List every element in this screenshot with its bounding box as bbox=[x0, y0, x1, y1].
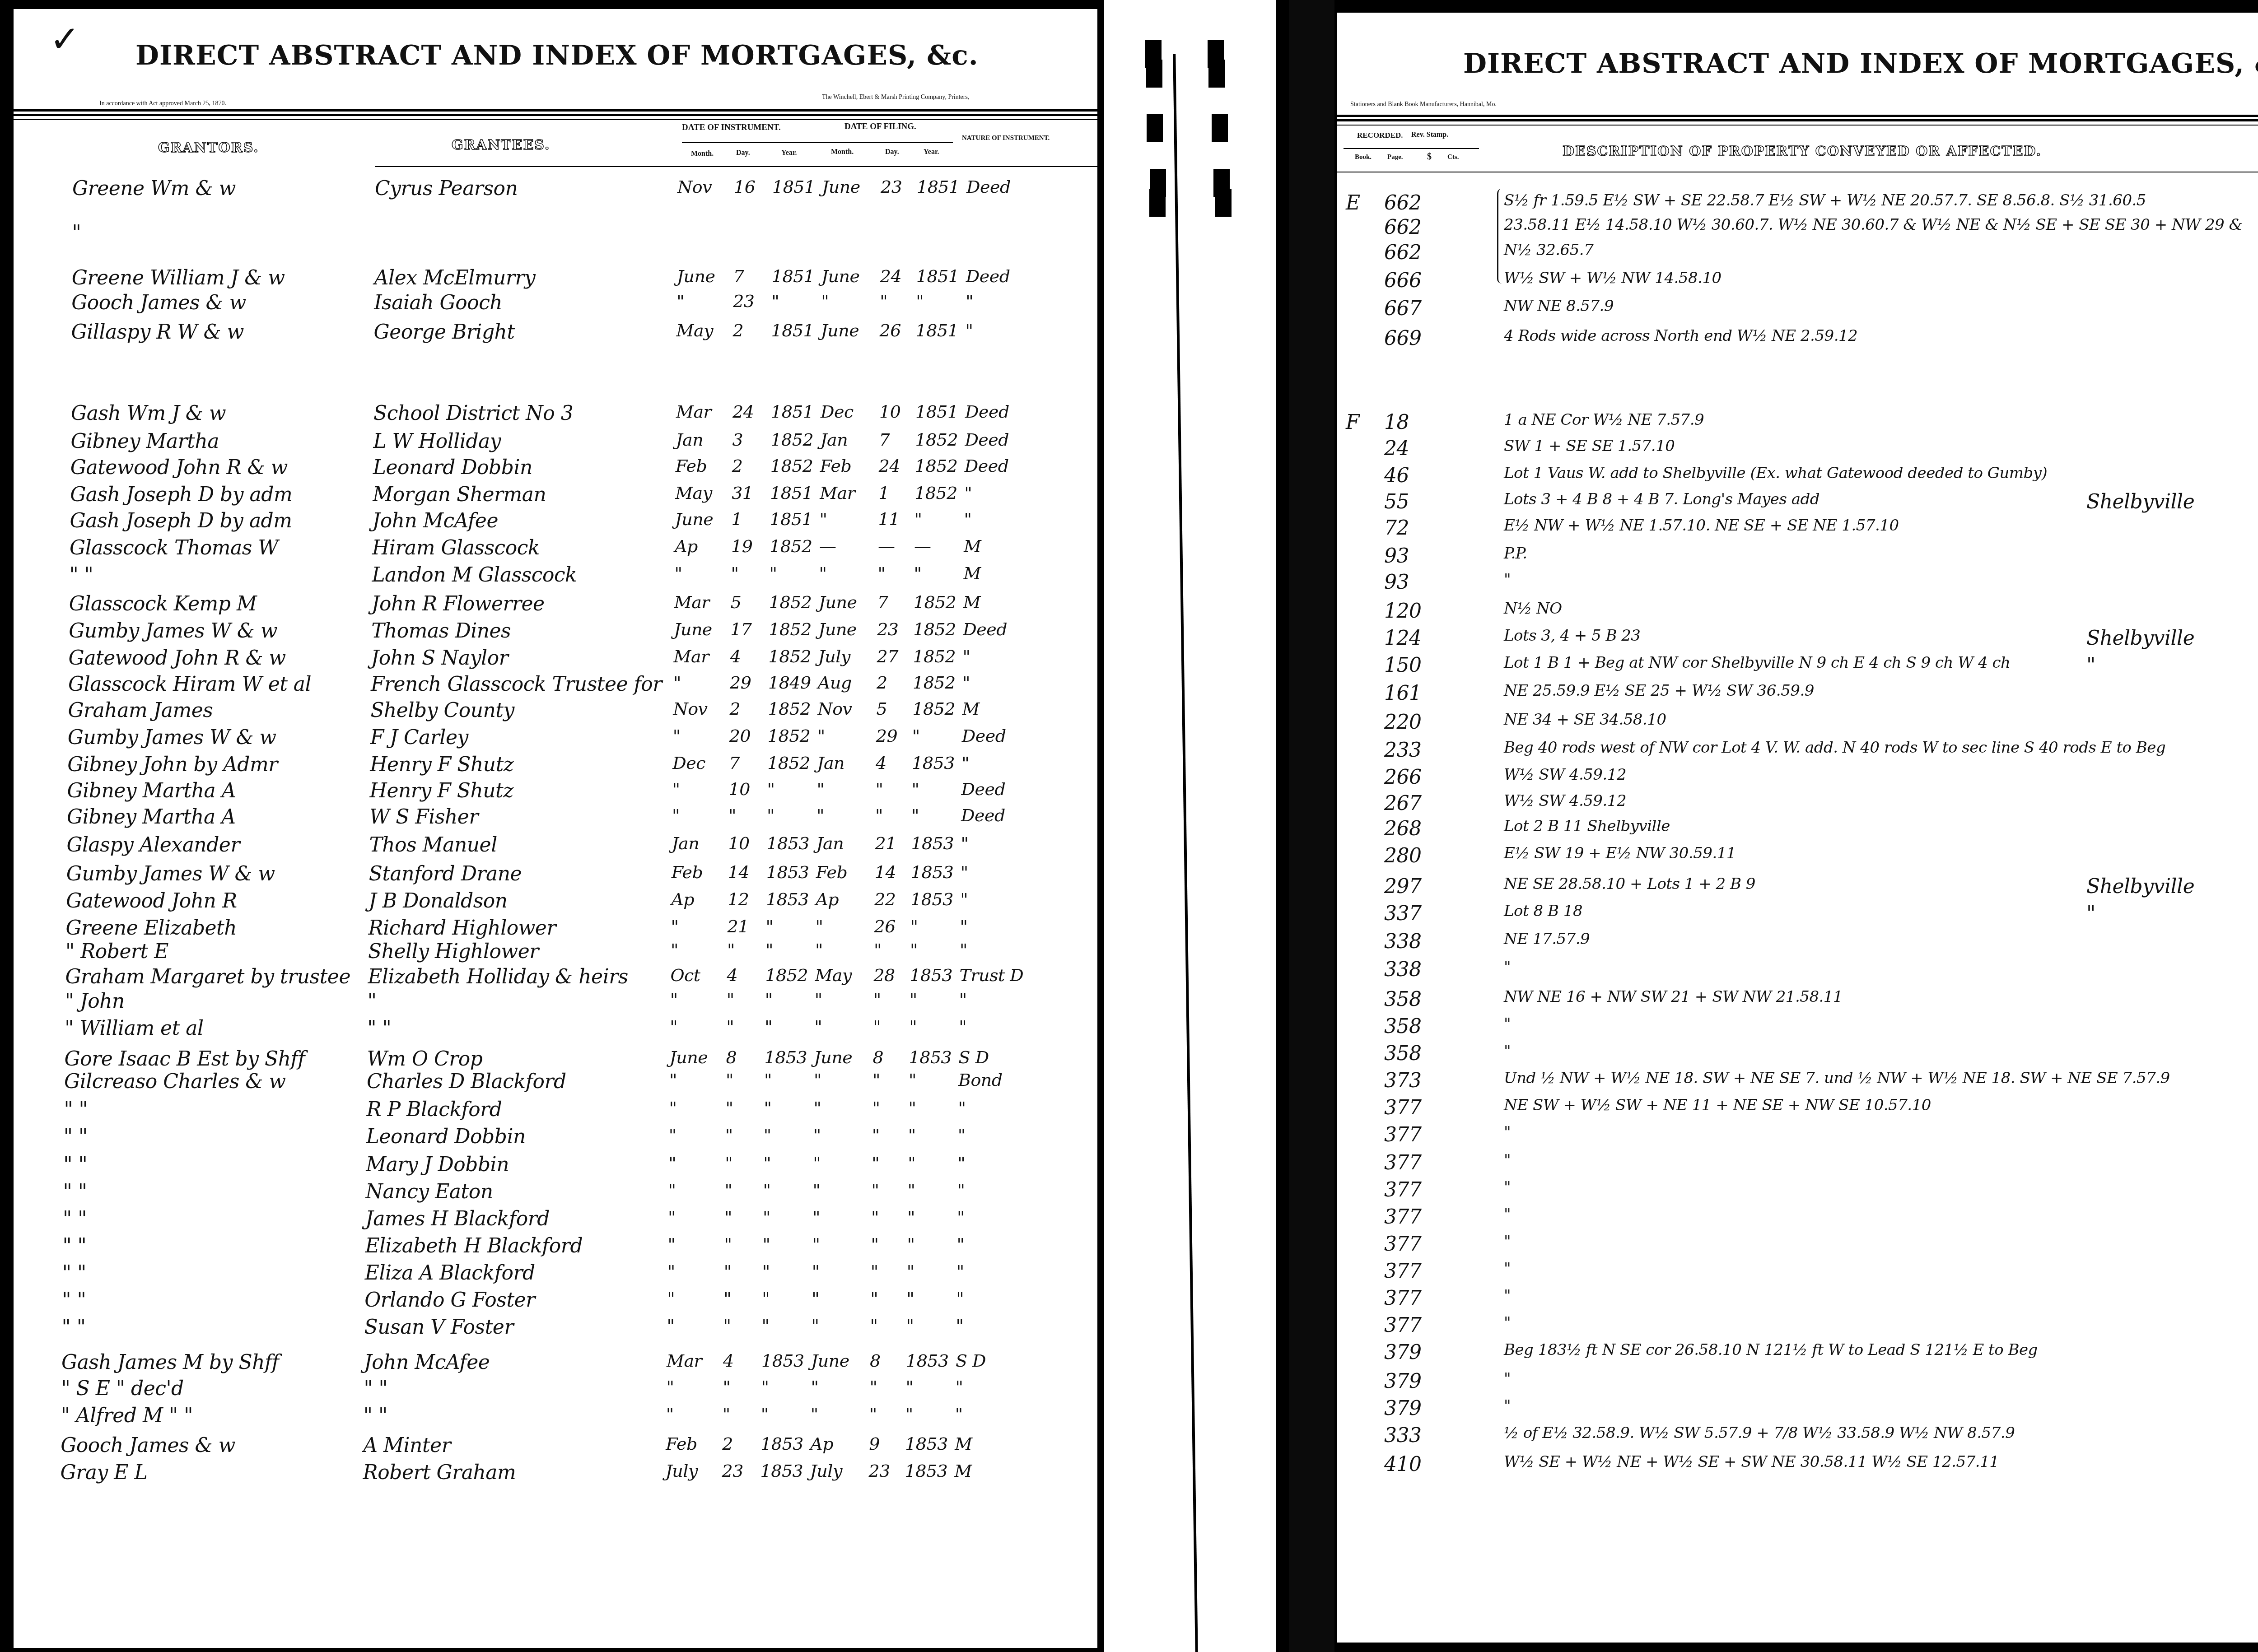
grantor-cell: Gumby James W & w bbox=[66, 862, 275, 885]
inst-month-cell: Feb bbox=[666, 1434, 697, 1454]
file-day-cell: 4 bbox=[876, 753, 886, 773]
description-cell: " bbox=[1504, 1233, 1511, 1251]
inst-year-cell: 1853 bbox=[766, 862, 809, 882]
inst-month-cell: " bbox=[667, 1234, 675, 1254]
page-cell: 379 bbox=[1384, 1370, 1421, 1393]
file-month-cell: " bbox=[821, 291, 829, 311]
grantee-cell: John McAfee bbox=[364, 1351, 490, 1374]
file-year-cell: " bbox=[910, 917, 918, 936]
grantee-cell: George Bright bbox=[374, 321, 515, 344]
file-year-cell: " bbox=[910, 990, 917, 1010]
description-header: DESCRIPTION OF PROPERTY CONVEYED OR AFFE… bbox=[1563, 144, 2042, 159]
page-cell: 373 bbox=[1384, 1069, 1421, 1092]
file-month-cell: Dec bbox=[821, 402, 854, 422]
description-cell: NE SW + W½ SW + NE 11 + NE SE + NW SE 10… bbox=[1504, 1096, 1931, 1114]
inst-day-cell: 1 bbox=[732, 509, 742, 529]
grantee-cell: Richard Highlower bbox=[369, 917, 556, 940]
grantee-cell: John McAfee bbox=[373, 509, 498, 532]
file-month-cell: " bbox=[811, 1377, 818, 1397]
file-day-cell: 23 bbox=[881, 177, 902, 197]
nature-cell: Deed bbox=[965, 430, 1009, 450]
grantee-cell: Mary J Dobbin bbox=[366, 1153, 509, 1176]
inst-year-cell: 1853 bbox=[760, 1461, 803, 1481]
page-cell: 150 bbox=[1384, 654, 1421, 677]
file-month-cell: " bbox=[812, 1289, 819, 1308]
grantor-cell: " William et al bbox=[65, 1017, 203, 1040]
binding-slot bbox=[1208, 60, 1225, 88]
file-day-cell: " bbox=[880, 291, 887, 311]
file-year-cell: " bbox=[910, 940, 918, 960]
description-cell: NE 17.57.9 bbox=[1504, 930, 1590, 948]
inst-day-cell: " bbox=[725, 1125, 733, 1145]
location-note: Shelbyville bbox=[2086, 875, 2194, 898]
file-day-cell: " bbox=[873, 990, 881, 1010]
location-note: Shelbyville bbox=[2086, 490, 2194, 513]
grantor-cell: Gumby James W & w bbox=[69, 619, 277, 642]
nature-cell: S D bbox=[956, 1351, 986, 1371]
inst-day-cell: 2 bbox=[729, 699, 740, 719]
inst-month-cell: " bbox=[668, 1207, 676, 1227]
file-month-cell: " bbox=[814, 1017, 822, 1037]
inst-year-cell: " bbox=[763, 1153, 771, 1173]
inst-year-cell: " bbox=[764, 1070, 772, 1090]
inst-day-cell: 17 bbox=[730, 619, 751, 639]
inst-year-cell: 1853 bbox=[766, 833, 809, 853]
inst-month-cell: Mar bbox=[676, 402, 711, 422]
file-month-cell: " bbox=[815, 990, 822, 1010]
nature-cell: " bbox=[957, 1180, 965, 1200]
description-cell: " bbox=[1504, 1151, 1511, 1169]
page-title: DIRECT ABSTRACT AND INDEX OF MORTGAGES, … bbox=[1463, 48, 2258, 79]
file-day-cell: 11 bbox=[878, 509, 900, 529]
inst-month-cell: July bbox=[666, 1461, 698, 1481]
file-month-cell: Ap bbox=[810, 1434, 833, 1454]
file-year-cell: 1851 bbox=[917, 177, 960, 197]
inst-month-cell: Mar bbox=[674, 592, 709, 612]
inst-year-cell: " bbox=[765, 1017, 772, 1037]
file-year-cell: 1853 bbox=[912, 753, 955, 773]
grantor-cell: " " bbox=[63, 1180, 87, 1203]
file-month-cell: June bbox=[814, 1047, 853, 1067]
header-rule bbox=[1337, 125, 2258, 126]
inst-month-cell: " bbox=[668, 1153, 676, 1173]
grantee-cell: Landon M Glasscock bbox=[372, 563, 577, 586]
page-cell: 338 bbox=[1384, 930, 1421, 953]
inst-month-cell: Ap bbox=[675, 536, 698, 556]
nature-cell: Trust D bbox=[959, 965, 1023, 985]
grantor-cell: Gooch James & w bbox=[71, 291, 246, 314]
description-cell: P.P. bbox=[1504, 544, 1527, 563]
file-month-cell: " bbox=[817, 779, 825, 799]
grantee-cell: Eliza A Blackford bbox=[365, 1261, 535, 1284]
nature-cell: " bbox=[963, 647, 970, 666]
nature-cell: " bbox=[956, 1316, 964, 1336]
inst-year-cell: 1851 bbox=[770, 509, 813, 529]
inst-year-cell: " bbox=[765, 990, 773, 1010]
inst-year-header: Year. bbox=[781, 149, 797, 157]
file-year-cell: " bbox=[916, 291, 924, 311]
file-month-cell: " bbox=[813, 1125, 821, 1145]
file-day-cell: " bbox=[877, 563, 885, 583]
grantees-header: GRANTEES. bbox=[452, 137, 550, 153]
file-month-cell: Jan bbox=[817, 753, 844, 773]
nature-cell: " bbox=[964, 483, 972, 503]
inst-year-cell: " bbox=[763, 1180, 771, 1200]
grantors-header: GRANTORS. bbox=[158, 140, 259, 156]
grantor-cell: " " bbox=[63, 1153, 87, 1176]
file-year-cell: " bbox=[906, 1316, 914, 1336]
inst-year-cell: 1853 bbox=[766, 889, 809, 909]
inst-day-header: Day. bbox=[736, 149, 750, 157]
page-cell: 268 bbox=[1384, 817, 1421, 840]
printer-note: Stationers and Blank Book Manufacturers,… bbox=[1350, 101, 1497, 108]
file-month-cell: " bbox=[812, 1261, 820, 1281]
file-month-cell: Jan bbox=[816, 833, 844, 853]
inst-month-cell: May bbox=[675, 483, 712, 503]
grantor-cell: " Robert E bbox=[65, 940, 168, 963]
file-month-cell: " bbox=[812, 1316, 819, 1336]
inst-day-cell: 7 bbox=[729, 753, 740, 773]
file-day-cell: " bbox=[871, 1207, 879, 1227]
file-month-cell: June bbox=[819, 592, 857, 612]
file-month-cell: Jan bbox=[820, 430, 848, 450]
page-cell: 662 bbox=[1384, 191, 1421, 214]
nature-cell: Deed bbox=[965, 402, 1009, 422]
file-month-cell: " bbox=[813, 1180, 821, 1200]
nature-cell: Deed bbox=[962, 726, 1006, 746]
file-year-cell: 1853 bbox=[905, 1461, 948, 1481]
grantor-cell: " " bbox=[64, 1098, 88, 1121]
grantor-cell: Gash Joseph D by adm bbox=[70, 483, 292, 506]
inst-month-cell: Nov bbox=[673, 699, 707, 719]
file-day-cell: 1 bbox=[878, 483, 889, 503]
file-day-cell: 23 bbox=[877, 619, 898, 639]
page-cell: 377 bbox=[1384, 1314, 1421, 1337]
inst-day-cell: " bbox=[726, 1070, 733, 1090]
date-header-rule bbox=[682, 142, 953, 143]
file-year-cell: " bbox=[914, 509, 922, 529]
inst-year-cell: " bbox=[763, 1207, 770, 1227]
grantee-cell: Morgan Sherman bbox=[373, 483, 546, 506]
file-day-cell: 5 bbox=[876, 699, 887, 719]
file-day-cell: 24 bbox=[879, 456, 900, 476]
binding-slot bbox=[1215, 189, 1232, 217]
file-month-cell: " bbox=[813, 1098, 821, 1118]
file-day-cell: 24 bbox=[880, 266, 901, 286]
inst-day-cell: " bbox=[723, 1316, 731, 1336]
inst-day-cell: 2 bbox=[732, 456, 743, 476]
description-cell: " bbox=[1504, 1370, 1511, 1388]
file-year-cell: " bbox=[907, 1234, 914, 1254]
nature-cell: " bbox=[959, 1017, 966, 1037]
file-month-cell: June bbox=[821, 266, 860, 286]
nature-cell: " bbox=[964, 509, 972, 529]
inst-day-cell: 10 bbox=[728, 833, 749, 853]
description-cell: " bbox=[1504, 1260, 1511, 1278]
description-cell: W½ SW 4.59.12 bbox=[1504, 792, 1626, 810]
inst-month-cell: " bbox=[672, 779, 680, 799]
file-day-cell: 14 bbox=[875, 862, 896, 882]
grantor-cell: Greene Wm & w bbox=[72, 177, 236, 200]
file-year-cell: " bbox=[905, 1404, 913, 1424]
description-cell: N½ 32.65.7 bbox=[1504, 241, 1593, 259]
nature-cell: M bbox=[963, 592, 980, 612]
file-month-cell: Feb bbox=[816, 862, 848, 882]
page-cell: 379 bbox=[1384, 1341, 1421, 1364]
file-year-cell: 1853 bbox=[911, 833, 954, 853]
page-cell: 377 bbox=[1384, 1096, 1421, 1119]
file-day-cell: 29 bbox=[876, 726, 897, 746]
inst-day-cell: 2 bbox=[733, 321, 744, 340]
page-cell: 124 bbox=[1384, 627, 1421, 650]
grantor-cell: Glasscock Kemp M bbox=[69, 592, 257, 615]
grantor-cell: Gray E L bbox=[61, 1461, 148, 1484]
nature-cell: " bbox=[960, 940, 967, 960]
page-cell: 337 bbox=[1384, 902, 1421, 925]
description-cell: E½ NW + W½ NE 1.57.10. NE SE + SE NE 1.5… bbox=[1504, 517, 1899, 535]
inst-month-cell: " bbox=[670, 1017, 677, 1037]
description-cell: " bbox=[1504, 1123, 1511, 1141]
grantor-cell: Gibney Martha A bbox=[67, 779, 236, 802]
file-year-cell: " bbox=[909, 1017, 917, 1037]
description-cell: S½ fr 1.59.5 E½ SW + SE 22.58.7 E½ SW + … bbox=[1504, 191, 2146, 209]
file-day-cell: 28 bbox=[873, 965, 895, 985]
inst-day-cell: " bbox=[725, 1098, 733, 1118]
inst-month-cell: Jan bbox=[676, 430, 703, 450]
grantor-cell: Graham James bbox=[68, 699, 213, 722]
description-cell: " bbox=[1504, 1287, 1511, 1305]
nature-cell: " bbox=[956, 1234, 964, 1254]
inst-year-cell: 1851 bbox=[771, 321, 814, 340]
file-day-cell: " bbox=[870, 1316, 878, 1336]
inst-year-cell: " bbox=[762, 1261, 770, 1281]
grantee-cell: Cyrus Pearson bbox=[375, 177, 518, 200]
file-day-cell: " bbox=[872, 1098, 880, 1118]
inst-month-cell: Dec bbox=[672, 753, 705, 773]
file-day-cell: 9 bbox=[869, 1434, 880, 1454]
file-month-cell: " bbox=[811, 1404, 818, 1424]
inst-month-cell: June bbox=[674, 619, 712, 639]
nature-cell: " bbox=[960, 917, 968, 936]
page-cell: 377 bbox=[1384, 1178, 1421, 1201]
file-year-cell: 1851 bbox=[915, 402, 958, 422]
inst-day-cell: 4 bbox=[723, 1351, 734, 1371]
page-cell: 220 bbox=[1384, 711, 1421, 734]
nature-cell: " bbox=[956, 1261, 964, 1281]
inst-day-cell: " bbox=[727, 940, 735, 960]
cents-header: Cts. bbox=[1447, 154, 1459, 161]
file-year-cell: " bbox=[907, 1207, 915, 1227]
grantor-cell: Gash Joseph D by adm bbox=[70, 509, 292, 532]
file-day-cell: " bbox=[875, 805, 883, 825]
grantor-cell: " " bbox=[62, 1316, 86, 1339]
inst-year-cell: 1852 bbox=[769, 619, 812, 639]
grantee-cell: Elizabeth Holliday & heirs bbox=[368, 965, 628, 988]
file-month-cell: " bbox=[814, 1070, 821, 1090]
grantee-cell: Thos Manuel bbox=[369, 833, 497, 856]
inst-year-cell: " bbox=[762, 1289, 770, 1308]
inst-month-cell: Mar bbox=[667, 1351, 702, 1371]
description-cell: W½ SE + W½ NE + W½ SE + SW NE 30.58.11 W… bbox=[1504, 1453, 1999, 1471]
nature-of-instrument-header: NATURE OF INSTRUMENT. bbox=[962, 135, 1050, 142]
grantor-cell: Glaspy Alexander bbox=[66, 833, 240, 856]
file-day-cell: 26 bbox=[880, 321, 901, 340]
nature-cell: S D bbox=[959, 1047, 989, 1067]
description-cell: Lot 1 Vaus W. add to Shelbyville (Ex. wh… bbox=[1504, 464, 2047, 482]
inst-day-cell: 3 bbox=[732, 430, 743, 450]
checkmark-icon: ✓ bbox=[50, 18, 80, 60]
file-day-cell: 7 bbox=[877, 592, 888, 612]
description-cell: NW NE 16 + NW SW 21 + SW NW 21.58.11 bbox=[1504, 988, 1843, 1006]
file-month-cell: Feb bbox=[820, 456, 852, 476]
file-year-header: Year. bbox=[924, 148, 939, 156]
file-year-cell: " bbox=[908, 1125, 916, 1145]
inst-year-cell: 1852 bbox=[767, 753, 810, 773]
inst-year-cell: 1852 bbox=[769, 647, 812, 666]
file-day-cell: 26 bbox=[874, 917, 896, 936]
page-cell: 662 bbox=[1384, 241, 1421, 264]
grantee-cell: Susan V Foster bbox=[364, 1316, 513, 1339]
grantor-cell: " " bbox=[64, 1125, 88, 1148]
inst-month-cell: " bbox=[674, 563, 682, 583]
file-day-cell: " bbox=[872, 1180, 879, 1200]
page-title: DIRECT ABSTRACT AND INDEX OF MORTGAGES, … bbox=[135, 40, 979, 71]
page-cell: 377 bbox=[1384, 1260, 1421, 1283]
description-cell: " bbox=[1504, 1178, 1511, 1196]
grantor-cell: Graham Margaret by trustee bbox=[65, 965, 350, 988]
nature-cell: Bond bbox=[958, 1070, 1003, 1090]
page-cell: 669 bbox=[1384, 327, 1421, 350]
grantee-cell: Thomas Dines bbox=[371, 619, 511, 642]
file-year-cell: " bbox=[914, 563, 921, 583]
inst-day-cell: " bbox=[724, 1234, 732, 1254]
file-month-cell: Nov bbox=[817, 699, 852, 719]
binding-slot bbox=[1149, 189, 1166, 217]
file-day-cell: " bbox=[872, 1153, 879, 1173]
grantor-cell: Gash Wm J & w bbox=[71, 402, 226, 425]
grantee-cell: John R Flowerree bbox=[372, 592, 545, 615]
description-cell: E½ SW 19 + E½ NW 30.59.11 bbox=[1504, 844, 1736, 862]
page-cell: 410 bbox=[1384, 1453, 1421, 1476]
page-cell: 266 bbox=[1384, 766, 1421, 789]
inst-day-cell: " bbox=[724, 1207, 732, 1227]
inst-month-cell: Jan bbox=[672, 833, 699, 853]
grantor-cell: Gatewood John R & w bbox=[70, 456, 288, 479]
nature-cell: " bbox=[956, 1289, 964, 1308]
file-month-cell: July bbox=[818, 647, 850, 666]
page-cell: 358 bbox=[1384, 1042, 1421, 1065]
grantee-cell: Robert Graham bbox=[363, 1461, 516, 1484]
inst-month-cell: " bbox=[666, 1377, 674, 1397]
inst-year-cell: " bbox=[765, 940, 773, 960]
inst-day-cell: 31 bbox=[732, 483, 753, 503]
grantee-cell: W S Fisher bbox=[369, 805, 478, 828]
inst-month-cell: " bbox=[670, 990, 678, 1010]
inst-month-cell: " bbox=[673, 673, 681, 693]
page-cell: 72 bbox=[1384, 517, 1409, 540]
file-year-cell: " bbox=[909, 1070, 916, 1090]
file-month-cell: Aug bbox=[818, 673, 852, 693]
file-year-cell: " bbox=[908, 1098, 916, 1118]
description-cell: " bbox=[1504, 1314, 1511, 1332]
nature-cell: " bbox=[957, 1207, 965, 1227]
description-cell: N½ NO bbox=[1504, 600, 1562, 618]
page-cell: 333 bbox=[1384, 1424, 1421, 1447]
inst-month-cell: Nov bbox=[677, 177, 712, 197]
page-cell: 55 bbox=[1384, 490, 1409, 513]
file-day-cell: 8 bbox=[873, 1047, 884, 1067]
inst-month-cell: " bbox=[669, 1098, 676, 1118]
description-cell: 23.58.11 E½ 14.58.10 W½ 30.60.7. W½ NE 3… bbox=[1504, 216, 2242, 234]
page-cell: 93 bbox=[1384, 571, 1409, 594]
description-cell: Lot 8 B 18 bbox=[1504, 902, 1582, 920]
grantee-cell: Stanford Drane bbox=[369, 862, 522, 885]
inst-month-cell: " bbox=[667, 1316, 675, 1336]
page-cell: 24 bbox=[1384, 437, 1409, 460]
file-year-cell: 1853 bbox=[905, 1434, 948, 1454]
file-year-cell: " bbox=[911, 805, 919, 825]
file-month-cell: " bbox=[812, 1234, 820, 1254]
file-year-cell: 1852 bbox=[915, 430, 958, 450]
recorded-header: RECORDED. bbox=[1357, 131, 1403, 140]
description-cell: Lot 1 B 1 + Beg at NW cor Shelbyville N … bbox=[1504, 654, 2010, 672]
inst-year-cell: 1849 bbox=[768, 673, 811, 693]
header-bottom-rule bbox=[1337, 172, 2258, 172]
file-month-cell: May bbox=[815, 965, 852, 985]
nature-cell: Deed bbox=[965, 456, 1009, 476]
page-header: Page. bbox=[1387, 154, 1403, 161]
grantee-cell: Henry F Shutz bbox=[370, 753, 513, 776]
inst-year-cell: 1852 bbox=[770, 456, 813, 476]
grantor-cell: Gatewood John R & w bbox=[69, 647, 286, 670]
file-year-cell: 1853 bbox=[909, 1047, 952, 1067]
file-year-cell: 1851 bbox=[916, 321, 959, 340]
inst-day-cell: " bbox=[723, 1404, 730, 1424]
page-cell: 377 bbox=[1384, 1205, 1421, 1229]
grantee-cell: R P Blackford bbox=[366, 1098, 502, 1121]
grantee-cell: John S Naylor bbox=[371, 647, 509, 670]
file-month-cell: Mar bbox=[820, 483, 855, 503]
grantor-cell: Glasscock Thomas W bbox=[70, 536, 278, 559]
inst-month-cell: June bbox=[675, 509, 714, 529]
grantor-cell: " S E " dec'd bbox=[61, 1377, 183, 1400]
file-year-cell: " bbox=[906, 1289, 914, 1308]
nature-cell: M bbox=[955, 1461, 972, 1481]
grantee-cell: James H Blackford bbox=[365, 1207, 550, 1230]
inst-year-cell: 1853 bbox=[761, 1351, 804, 1371]
description-cell: " bbox=[1504, 1015, 1511, 1033]
inst-day-cell: 4 bbox=[727, 965, 737, 985]
grantor-cell: Gibney Martha bbox=[70, 430, 219, 453]
date-of-instrument-header: DATE OF INSTRUMENT. bbox=[682, 123, 781, 133]
description-cell: Lots 3 + 4 B 8 + 4 B 7. Long's Mayes add bbox=[1504, 490, 1819, 508]
file-month-cell: " bbox=[817, 726, 825, 746]
book-cell: F bbox=[1346, 411, 1359, 434]
grantee-cell: Orlando G Foster bbox=[364, 1289, 535, 1312]
grantor-cell: " John bbox=[65, 990, 125, 1013]
inst-year-cell: 1852 bbox=[769, 592, 812, 612]
book-cell: E bbox=[1346, 191, 1360, 214]
inst-day-cell: " bbox=[724, 1261, 732, 1281]
file-year-cell: 1853 bbox=[910, 965, 952, 985]
file-year-cell: " bbox=[908, 1153, 915, 1173]
grantee-cell: L W Holliday bbox=[373, 430, 501, 453]
inst-day-cell: 10 bbox=[729, 779, 750, 799]
file-day-cell: " bbox=[869, 1377, 877, 1397]
file-day-cell: 7 bbox=[879, 430, 890, 450]
grantor-cell: " Alfred M " " bbox=[61, 1404, 193, 1427]
grantee-cell: Elizabeth H Blackford bbox=[365, 1234, 583, 1257]
